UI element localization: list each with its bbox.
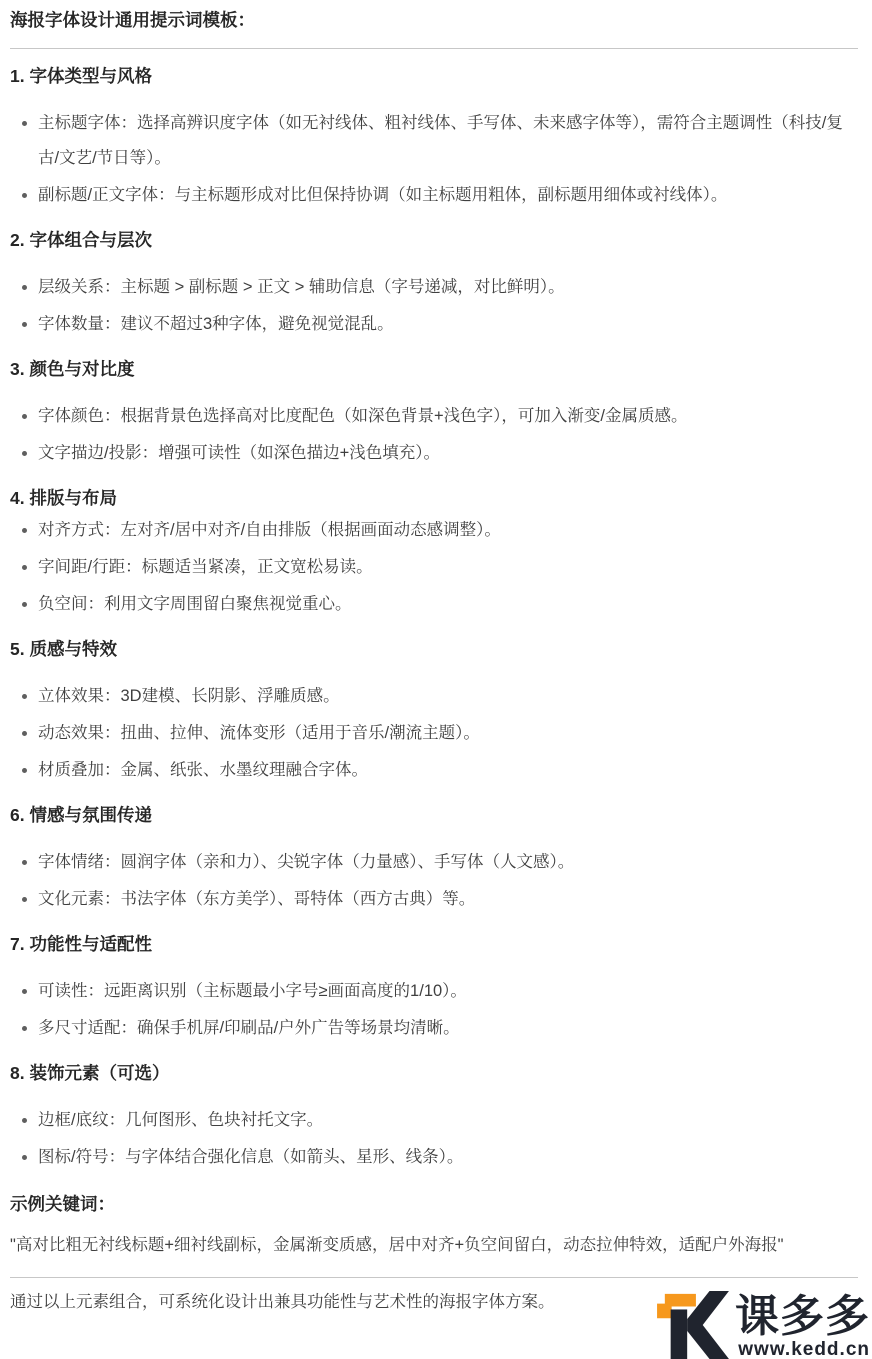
list-item: 负空间：利用文字周围留白聚焦视觉重心。 [10,587,858,622]
section-font-type: 1. 字体类型与风格 主标题字体：选择高辨识度字体（如无衬线体、粗衬线体、手写体… [10,64,858,213]
section-heading: 3. 颜色与对比度 [10,357,858,381]
section-functionality: 7. 功能性与适配性 可读性：远距离识别（主标题最小字号≥画面高度的1/10）。… [10,932,858,1046]
example-keywords-heading: 示例关键词： [10,1192,858,1216]
bullet-list: 对齐方式：左对齐/居中对齐/自由排版（根据画面动态感调整）。 字间距/行距：标题… [10,513,858,622]
kedd-logo-icon [656,1291,730,1359]
section-layout: 4. 排版与布局 对齐方式：左对齐/居中对齐/自由排版（根据画面动态感调整）。 … [10,486,858,622]
bullet-list: 字体颜色：根据背景色选择高对比度配色（如深色背景+浅色字），可加入渐变/金属质感… [10,399,858,471]
bullet-list: 边框/底纹：几何图形、色块衬托文字。 图标/符号：与字体结合强化信息（如箭头、星… [10,1103,858,1175]
list-item: 图标/符号：与字体结合强化信息（如箭头、星形、线条）。 [10,1140,858,1175]
list-item: 材质叠加：金属、纸张、水墨纹理融合字体。 [10,753,858,788]
list-item: 字体情绪：圆润字体（亲和力）、尖锐字体（力量感）、手写体（人文感）。 [10,845,858,880]
list-item: 文字描边/投影：增强可读性（如深色描边+浅色填充）。 [10,436,858,471]
list-item: 主标题字体：选择高辨识度字体（如无衬线体、粗衬线体、手写体、未来感字体等），需符… [10,106,858,176]
list-item: 层级关系：主标题 > 副标题 > 正文 > 辅助信息（字号递减，对比鲜明）。 [10,270,858,305]
watermark-url: www.kedd.cn [738,1340,870,1359]
bullet-list: 字体情绪：圆润字体（亲和力）、尖锐字体（力量感）、手写体（人文感）。 文化元素：… [10,845,858,917]
section-heading: 8. 装饰元素（可选） [10,1061,858,1085]
list-item: 文化元素：书法字体（东方美学）、哥特体（西方古典）等。 [10,882,858,917]
section-decorative-elements: 8. 装饰元素（可选） 边框/底纹：几何图形、色块衬托文字。 图标/符号：与字体… [10,1061,858,1175]
section-texture-effects: 5. 质感与特效 立体效果：3D建模、长阴影、浮雕质感。 动态效果：扭曲、拉伸、… [10,637,858,788]
section-heading: 5. 质感与特效 [10,637,858,661]
list-item: 字间距/行距：标题适当紧凑，正文宽松易读。 [10,550,858,585]
watermark-brand: 课多多 [735,1295,870,1339]
bullet-list: 主标题字体：选择高辨识度字体（如无衬线体、粗衬线体、手写体、未来感字体等），需符… [10,106,858,213]
bullet-list: 可读性：远距离识别（主标题最小字号≥画面高度的1/10）。 多尺寸适配：确保手机… [10,974,858,1046]
list-item: 多尺寸适配：确保手机屏/印刷品/户外广告等场景均清晰。 [10,1011,858,1046]
document-body: 海报字体设计通用提示词模板： 1. 字体类型与风格 主标题字体：选择高辨识度字体… [0,0,872,1316]
section-heading: 6. 情感与氛围传递 [10,803,858,827]
section-heading: 2. 字体组合与层次 [10,228,858,252]
section-color-contrast: 3. 颜色与对比度 字体颜色：根据背景色选择高对比度配色（如深色背景+浅色字），… [10,357,858,471]
bottom-divider [10,1277,858,1278]
list-item: 副标题/正文字体：与主标题形成对比但保持协调（如主标题用粗体，副标题用细体或衬线… [10,178,858,213]
bullet-list: 层级关系：主标题 > 副标题 > 正文 > 辅助信息（字号递减，对比鲜明）。 字… [10,270,858,342]
section-heading: 1. 字体类型与风格 [10,64,858,88]
example-keywords-text: "高对比粗无衬线标题+细衬线副标，金属渐变质感，居中对齐+负空间留白，动态拉伸特… [10,1228,858,1263]
watermark-text: 课多多 www.kedd.cn [735,1295,870,1359]
list-item: 对齐方式：左对齐/居中对齐/自由排版（根据画面动态感调整）。 [10,513,858,548]
kedd-watermark: 课多多 www.kedd.cn [656,1291,870,1359]
section-emotion-atmosphere: 6. 情感与氛围传递 字体情绪：圆润字体（亲和力）、尖锐字体（力量感）、手写体（… [10,803,858,917]
list-item: 动态效果：扭曲、拉伸、流体变形（适用于音乐/潮流主题）。 [10,716,858,751]
list-item: 可读性：远距离识别（主标题最小字号≥画面高度的1/10）。 [10,974,858,1009]
section-heading: 7. 功能性与适配性 [10,932,858,956]
bullet-list: 立体效果：3D建模、长阴影、浮雕质感。 动态效果：扭曲、拉伸、流体变形（适用于音… [10,679,858,788]
page-title: 海报字体设计通用提示词模板： [10,8,858,32]
top-divider [10,48,858,49]
list-item: 边框/底纹：几何图形、色块衬托文字。 [10,1103,858,1138]
section-font-combination: 2. 字体组合与层次 层级关系：主标题 > 副标题 > 正文 > 辅助信息（字号… [10,228,858,342]
list-item: 立体效果：3D建模、长阴影、浮雕质感。 [10,679,858,714]
list-item: 字体颜色：根据背景色选择高对比度配色（如深色背景+浅色字），可加入渐变/金属质感… [10,399,858,434]
section-heading: 4. 排版与布局 [10,486,858,510]
list-item: 字体数量：建议不超过3种字体，避免视觉混乱。 [10,307,858,342]
